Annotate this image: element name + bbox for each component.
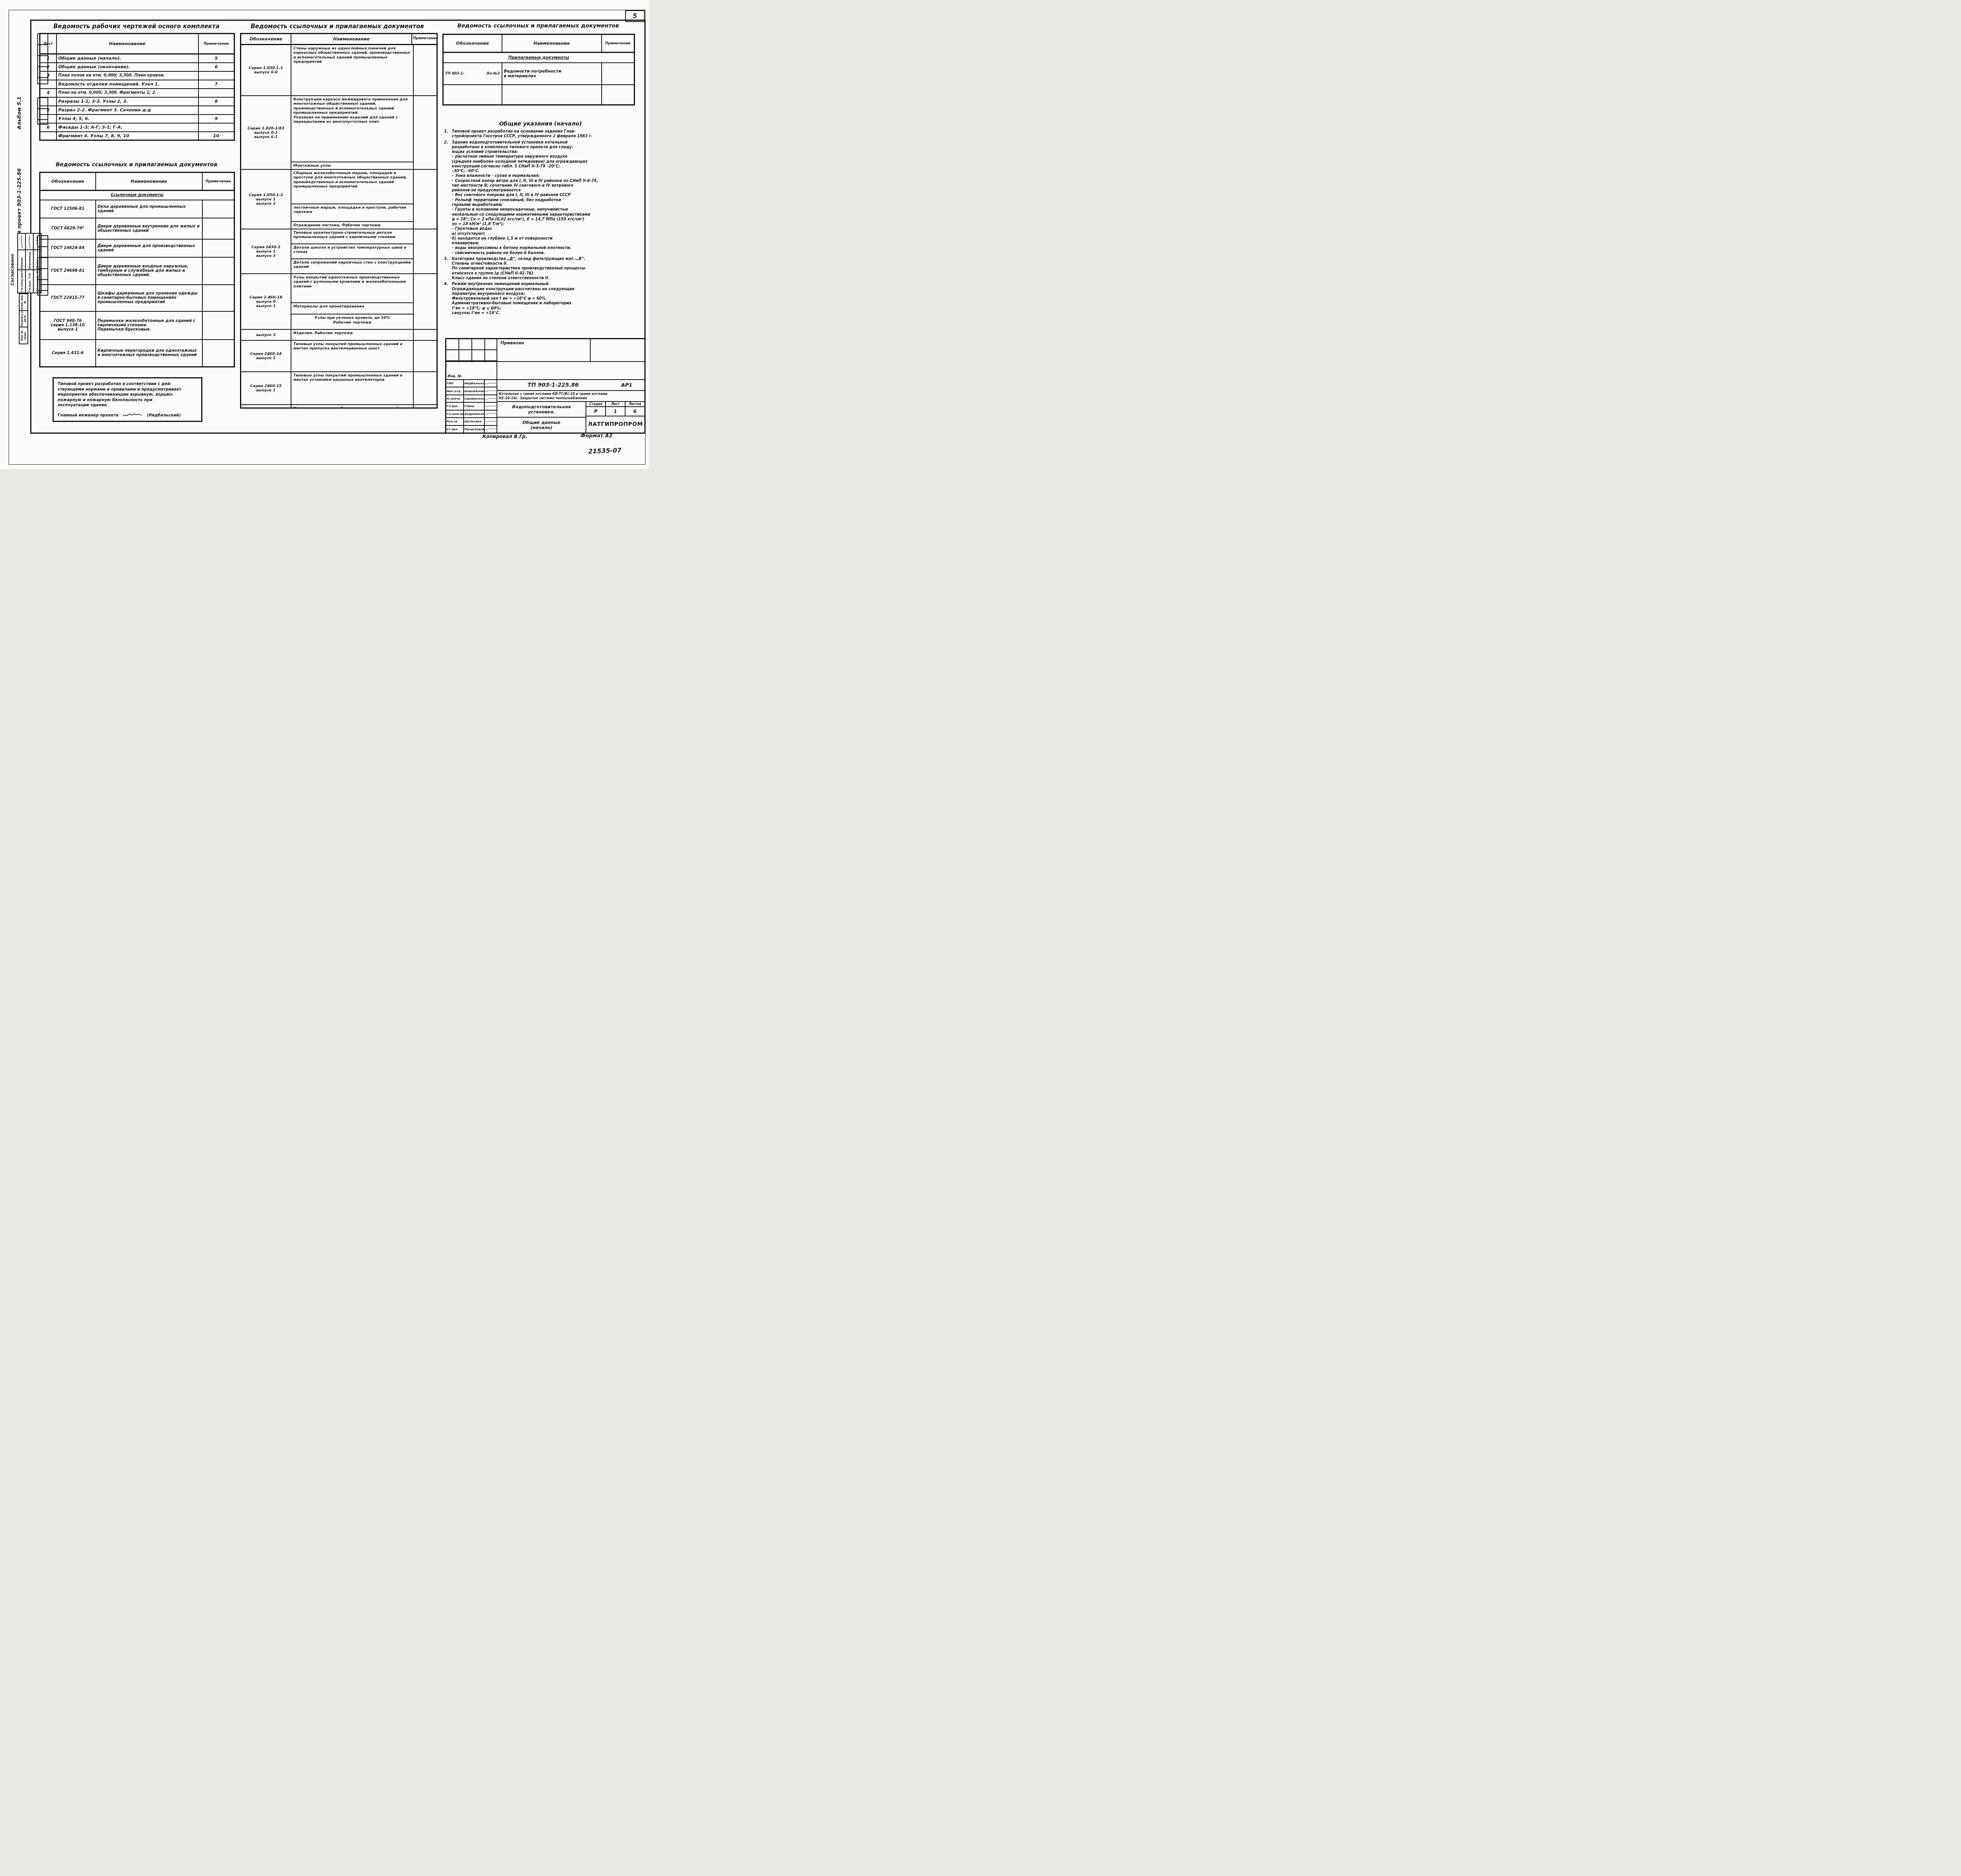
t2-row: ГОСТ 24698-81 Двери деревянные входные н… [40, 257, 235, 285]
t3-cell: Изделия. Рабочие чертежи [291, 330, 413, 340]
t1-sheet: 6 [40, 123, 56, 132]
signer-row: Рук.гр Шульгина [446, 418, 497, 425]
t3-refs: Серия 1.020-1/83 выпуск 0-1 выпуск 6-1 [241, 96, 291, 169]
t3-note [413, 229, 437, 273]
chief-engineer-label: Главный инженер проекта [58, 413, 118, 418]
t4-row: ТП 903-1- Лл.№2 Ведомости потребности в … [443, 63, 635, 85]
note-text: Режим внутренних помещений нормальный. О… [452, 282, 575, 316]
t3-group: Серия 2460-14 выпуск 1 Типовые узлы покр… [241, 341, 437, 372]
t4-code: ТП 903-1- Лл.№2 [443, 63, 502, 85]
t1-row: 3 План полов на отм. 0,000; 3,300. План … [40, 71, 235, 80]
t2-title: Ведомость ссылочных и прилагаемых докуме… [39, 162, 234, 168]
signer-role: ГИП [446, 380, 464, 387]
t1-sheet: 3 [40, 71, 56, 80]
stage-org: Стадия Лист Листов Р 1 6 ЛАТГИПРОПРОМ [586, 402, 644, 433]
album-label: Альбом 5.1 [16, 51, 22, 129]
t3-cell: Сборные железобетонные марши, площадки и… [291, 170, 413, 204]
signer-role: Н.контр [446, 395, 464, 402]
t2-code: Серия 1.431-6 [40, 340, 96, 367]
t2-code: ГОСТ 24698-81 [40, 257, 96, 285]
t1-name: Разрезы 1-1; 3-3. Узлы 2, 3. [56, 97, 198, 106]
stamp-number: 21535-07 [588, 447, 622, 455]
signer-row: ГИП Нидбальский [446, 380, 497, 387]
stage-table: Стадия Лист Листов Р 1 6 [586, 402, 644, 416]
t1-note [198, 123, 235, 132]
t2-note [202, 239, 235, 257]
t1-title: Ведомость рабочих чертежей осного компле… [39, 23, 234, 30]
t2-name: Двери деревянные для производственных зд… [96, 239, 202, 257]
t2-row: ГОСТ 22415-77 Шкафы деревянные для хране… [40, 285, 235, 311]
t1-note [198, 106, 235, 115]
t4-col-code: Обозначение [443, 35, 502, 53]
t2-note [202, 257, 235, 285]
signature-icon [485, 404, 497, 408]
t4-row-empty [443, 85, 635, 105]
t1-note: 6 [198, 63, 235, 71]
t1-note [198, 71, 235, 80]
t1-note: 9 [198, 115, 235, 123]
note-item: 3. Категория производства „Д“, склад фил… [444, 257, 637, 281]
signer-name: Гейер [464, 403, 485, 409]
t3-cell: Комплексные железобетонные плиты покрыти… [291, 405, 413, 409]
t1-col-note: Примечание [198, 34, 235, 54]
note-item: 1. Типовой проект разработан на основани… [444, 129, 637, 139]
organization-name: ЛАТГИПРОПРОМ [586, 416, 644, 433]
attached-docs-table: Обозначение Наименование Примечание Прил… [442, 34, 635, 105]
set-code: АР1 [609, 382, 644, 388]
note-text: Типовой проект разработан на основании з… [452, 129, 592, 139]
t1-row: Ведомость отделки помещений. Узел 1. 7 [40, 80, 235, 89]
t3-note [413, 405, 437, 409]
sheet-titles: Водоподготовительная установка. Общие да… [497, 402, 586, 433]
stage-value: Р [586, 407, 606, 416]
signer-name: Прошлецов [464, 426, 485, 433]
t3-note [413, 274, 437, 329]
t1-name: План на отм. 0,000; 3,300. Фрагменты 1; … [56, 89, 198, 97]
t3-refs: Серия 1.030.1-1 выпуск 0-0 [241, 45, 291, 95]
t1-sheet: 2 [40, 63, 56, 71]
signature-icon [485, 389, 497, 393]
t3-cell: Типовые узлы покрытий промышленных здани… [291, 372, 413, 404]
signer-name: Шульгина [464, 418, 485, 425]
note-number: 4. [444, 282, 452, 316]
t1-sheet: 1 [40, 54, 56, 63]
t1-note [198, 89, 235, 97]
frame-col-label: Подпись и дата [20, 310, 27, 327]
t3-cell: Узлы покрытий одноэтажных производственн… [291, 274, 413, 303]
t2-row: Серия 1.431-6 Кирпичные перегородки для … [40, 340, 235, 367]
t2-col-name: Наименование [96, 173, 202, 191]
t4-name: Ведомости потребности в материалах [502, 63, 602, 85]
t1-name: План полов на отм. 0,000; 3,300. План кр… [56, 71, 198, 80]
t1-name: Общие данные (окончание). [56, 63, 198, 71]
t3-group: Серия 2.460-18 выпуск 0 выпуск 1 Узлы по… [241, 274, 437, 330]
t2-col-note: Примечание [202, 173, 235, 191]
t1-row: Разрезы 1-1; 3-3. Узлы 2, 3. 8 [40, 97, 235, 106]
t1-note: 10 [198, 132, 235, 140]
t3-col-note: Примечание [412, 34, 437, 44]
t3-cell: Материалы для проектирования [291, 303, 413, 315]
t2-section: Ссылочные документы [40, 191, 235, 200]
signer-row: Н.контр Сарминская [446, 395, 497, 403]
copied-by: Копировал В.Гр. [482, 434, 528, 439]
t3-group: Серия 1.020-1/83 выпуск 0-1 выпуск 6-1 К… [241, 96, 437, 170]
t4-code-main: ТП 903-1- [445, 72, 464, 76]
t4-code-extra: Лл.№2 [486, 72, 500, 76]
sheet-number: 5 [633, 13, 637, 20]
t1-sheet: 4 [40, 89, 56, 97]
t1-name: Фрагмент 4. Узлы 7, 8, 9, 10 [56, 132, 198, 140]
signature-icon [485, 427, 497, 431]
object-description: Котельная с тремя котлами КВ-ТС(В)-10 и … [497, 391, 644, 402]
t2-col-code: Обозначение [40, 173, 96, 191]
drawing-title: Общие данные (начало) [497, 418, 586, 433]
chief-engineer-name: (Нидбальский) [147, 413, 181, 418]
t1-row: 6 Фасады 1-3; А-Г; 3-1; Г-А. [40, 123, 235, 132]
t1-name: Разрез 2-2. Фрагмент 3. Сечение д-д [56, 106, 198, 115]
t3-cell: Конструкции каркаса межвидового применен… [291, 96, 413, 162]
signature-icon [121, 412, 144, 420]
signer-row: Нач.отд Новожилова [446, 387, 497, 395]
t3-note [413, 341, 437, 371]
t3-group: Серия 2460-15 выпуск 1 Типовые узлы покр… [241, 372, 437, 405]
signer-name: Новожилова [464, 387, 485, 394]
signers-grid: ГИП Нидбальский Нач.отд Новожилова Н.кон… [446, 380, 497, 433]
signer-role: Гл.констр [446, 411, 464, 417]
t2-row: ГОСТ 14624-84 Двери деревянные для произ… [40, 239, 235, 257]
unit-title: Водоподготовительная установка. [497, 402, 586, 418]
t3-header: Обозначение Наименование Примечание [241, 34, 437, 45]
t2-note [202, 218, 235, 239]
format-label: Формат А2 [580, 433, 613, 439]
signer-role: Рук.гр [446, 418, 464, 425]
t1-note: 5 [198, 54, 235, 63]
t2-code: ГОСТ 22415-77 [40, 285, 96, 311]
t1-sheet [40, 97, 56, 106]
agreed-label: Согласовано [10, 242, 15, 285]
t3-refs: выпуск 3 [241, 330, 291, 340]
referenced-docs-table-mid: Обозначение Наименование Примечание Сери… [240, 33, 438, 409]
approval-name: Ринкис [18, 249, 25, 269]
t3-cell: Типовые узлы покрытий промышленных здани… [291, 341, 413, 371]
empty-cell [591, 339, 644, 361]
t1-sheet [40, 80, 56, 89]
t2-code: ГОСТ 12506-81 [40, 200, 96, 218]
signer-row: Гл.арх Гейер [446, 403, 497, 410]
t3-group: Серия 1.050.1-2 выпуск 1 выпуск 2 Сборны… [241, 170, 437, 229]
t2-name: Двери деревянные входные наружные, тамбу… [96, 257, 202, 285]
general-notes-title: Общие указания (начало) [444, 121, 637, 127]
t2-row: ГОСТ 12506-81 Окна деревянные для промыш… [40, 200, 235, 218]
lists-value: 6 [626, 407, 644, 416]
drawing-sheet: 5 Альбом 5.1 Типовой проект 903-1-225.86… [0, 0, 649, 469]
frame-col-label: Инв. № подл. [20, 327, 27, 344]
approval-name: Берзиньш [26, 249, 33, 269]
t3-group: Серия 1.465.1-10/82 выпуски 0,1 Комплекс… [241, 405, 437, 409]
t3-cell: Узлы при уклонах кровель до 10% Рабочие … [291, 314, 413, 329]
t1-name: Фасады 1-3; А-Г; 3-1; Г-А. [56, 123, 198, 132]
t2-row: ГОСТ 948-76 серия 1.138-10 выпуск 1 Пере… [40, 311, 235, 340]
t1-row: 4 План на отм. 0,000; 3,300. Фрагменты 1… [40, 89, 235, 97]
t3-group: выпуск 3 Изделия. Рабочие чертежи [241, 330, 437, 341]
t4-title: Ведомость ссылочных и прилагаемых докуме… [442, 23, 635, 29]
signer-row: Ст.арх Прошлецов [446, 426, 497, 433]
t2-code: ГОСТ 948-76 серия 1.138-10 выпуск 1 [40, 311, 96, 340]
t3-cell: Ограждения лестниц. Рабочие чертежи. [291, 222, 413, 229]
t3-refs: Серия 2460-14 выпуск 1 [241, 341, 291, 371]
t3-refs: Серия 2.460-18 выпуск 0 выпуск 1 [241, 274, 291, 329]
t3-note [413, 45, 437, 95]
t3-cell: Стены наружные из однослойных панелей дл… [291, 45, 413, 95]
note-item: 4. Режим внутренних помещений нормальный… [444, 282, 637, 316]
note-item: 2. Здание водоподготовительной установки… [444, 140, 637, 256]
t3-refs: Серия 1.050.1-2 выпуск 1 выпуск 2 [241, 170, 291, 229]
t2-name: Кирпичные перегородки для одноэтажных и … [96, 340, 202, 367]
signature-icon [27, 234, 32, 249]
t2-note [202, 285, 235, 311]
t4-col-name: Наименование [502, 35, 602, 53]
signer-name: Нидбальский [464, 380, 485, 387]
t3-note [413, 96, 437, 169]
note-number: 2. [444, 140, 452, 256]
signer-role: Гл.арх [446, 403, 464, 409]
t3-note [413, 372, 437, 404]
t3-refs: Серия 2430-3 выпуск 1 выпуск 3 [241, 229, 291, 273]
t2-name: Окна деревянные для промышленных зданий [96, 200, 202, 218]
t3-refs: Серия 1.465.1-10/82 выпуски 0,1 [241, 405, 291, 409]
signature-icon [485, 412, 497, 416]
t3-cell: Монтажные узлы [291, 162, 413, 169]
t1-col-name: Наименование [56, 34, 198, 54]
note-text: Здание водоподготовительной установки ко… [452, 140, 598, 256]
t3-group: Серия 2430-3 выпуск 1 выпуск 3 Типовые а… [241, 229, 437, 274]
t3-cell: Типовые архитектурно-строительные детали… [291, 229, 413, 244]
signer-role: Ст.арх [446, 426, 464, 433]
approval-role: Гл.спец.инст. [18, 269, 25, 293]
t3-cell: Детали цоколя и устройство температурных… [291, 244, 413, 259]
revision-grid [446, 339, 497, 361]
t3-refs: Серия 2460-15 выпуск 1 [241, 372, 291, 404]
signature-icon [20, 234, 24, 249]
empty-cell [497, 362, 644, 379]
signer-role: Нач.отд [446, 387, 464, 394]
t1-name: Узлы 4, 5, 6. [56, 115, 198, 123]
note-text: Категория производства „Д“, склад фильтр… [452, 257, 586, 281]
signer-name: Сарминская [464, 395, 485, 402]
title-block: Привязан Инв. № ГИП Нидбальский Нач.отд … [445, 338, 646, 434]
signature-icon [485, 397, 497, 401]
attached-label: Привязан [500, 340, 524, 345]
signature-icon [485, 382, 497, 385]
title-block-right: ТП 903-1-225.86 АР1 Котельная с тремя ко… [497, 380, 644, 433]
working-drawings-table: Лист Наименование Примечание 1 Общие дан… [39, 33, 235, 141]
signer-name: Андриевская [464, 411, 485, 417]
t3-title: Ведомость ссылочных и прилагаемых докуме… [238, 23, 436, 30]
approval-role: Гл.арх. Т.О. [26, 269, 33, 293]
t4-note [602, 63, 635, 85]
t1-row: Фрагмент 4. Узлы 7, 8, 9, 10 10 [40, 132, 235, 140]
referenced-docs-table-left: Обозначение Наименование Примечание Ссыл… [39, 172, 235, 367]
doc-number: ТП 903-1-225.86 [497, 382, 609, 388]
t2-name: Шкафы деревянные для хранения одежды в с… [96, 285, 202, 311]
t1-col-sheet: Лист [40, 34, 56, 54]
t2-name: Перемычки железобетонные для зданий с ки… [96, 311, 202, 340]
t2-note [202, 311, 235, 340]
compliance-note-text: Типовой проект разработан в соответствии… [58, 382, 197, 408]
t1-sheet: 5 [40, 106, 56, 115]
note-number: 3. [444, 257, 452, 281]
t1-sheet [40, 132, 56, 140]
note-number: 1. [444, 129, 452, 139]
t1-row: 5 Разрез 2-2. Фрагмент 3. Сечение д-д [40, 106, 235, 115]
t3-col-name: Наименование [291, 34, 412, 44]
title-block-lower: Водоподготовительная установка. Общие да… [497, 402, 644, 433]
t2-code: ГОСТ 6629-74* [40, 218, 96, 239]
stage-header: Стадия [586, 402, 606, 407]
inv-cell: Инв. № [446, 362, 497, 379]
t1-row: 2 Общие данные (окончание). 6 [40, 63, 235, 71]
signature-icon [485, 420, 497, 424]
t1-row: 1 Общие данные (начало). 5 [40, 54, 235, 63]
t2-note [202, 200, 235, 218]
t2-note [202, 340, 235, 367]
attached-cell: Привязан [497, 339, 591, 361]
t1-name: Ведомость отделки помещений. Узел 1. [56, 80, 198, 89]
t2-name: Двери деревянные внутренние для жилых и … [96, 218, 202, 239]
list-header: Лист [606, 402, 626, 407]
t1-sheet [40, 115, 56, 123]
inv-label: Инв. № [448, 374, 462, 378]
frame-columns-table: Инв. № подл. Подпись и дата Взам. инв. № [19, 293, 28, 344]
compliance-note-box: Типовой проект разработан в соответствии… [53, 377, 202, 422]
lists-header: Листов [626, 402, 644, 407]
t2-row: ГОСТ 6629-74* Двери деревянные внутренни… [40, 218, 235, 239]
t3-note [413, 170, 437, 229]
t1-note: 7 [198, 80, 235, 89]
list-value: 1 [606, 407, 626, 416]
t3-col-code: Обозначение [241, 34, 291, 44]
approval-row: Гл.спец.инст. Ринкис [18, 234, 26, 293]
general-notes: Общие указания (начало) 1. Типовой проек… [444, 121, 637, 317]
t4-section: Прилагаемые документы [443, 53, 635, 63]
t3-group: Серия 1.030.1-1 выпуск 0-0 Стены наружны… [241, 45, 437, 96]
t4-col-note: Примечание [602, 35, 635, 53]
t1-note: 8 [198, 97, 235, 106]
t2-code: ГОСТ 14624-84 [40, 239, 96, 257]
doc-number-row: ТП 903-1-225.86 АР1 [497, 380, 644, 391]
t1-row: Узлы 4, 5, 6. 9 [40, 115, 235, 123]
signer-row: Гл.констр Андриевская [446, 411, 497, 418]
frame-col-label: Взам. инв. № [20, 294, 27, 310]
t3-cell: лестничные марши, площадки и проступи, р… [291, 204, 413, 222]
approval-row: Гл.арх. Т.О. Берзиньш [26, 234, 34, 293]
t1-name: Общие данные (начало). [56, 54, 198, 63]
t3-note [413, 330, 437, 340]
t3-cell: Детали сопряжений кирпичных стен с конст… [291, 259, 413, 273]
